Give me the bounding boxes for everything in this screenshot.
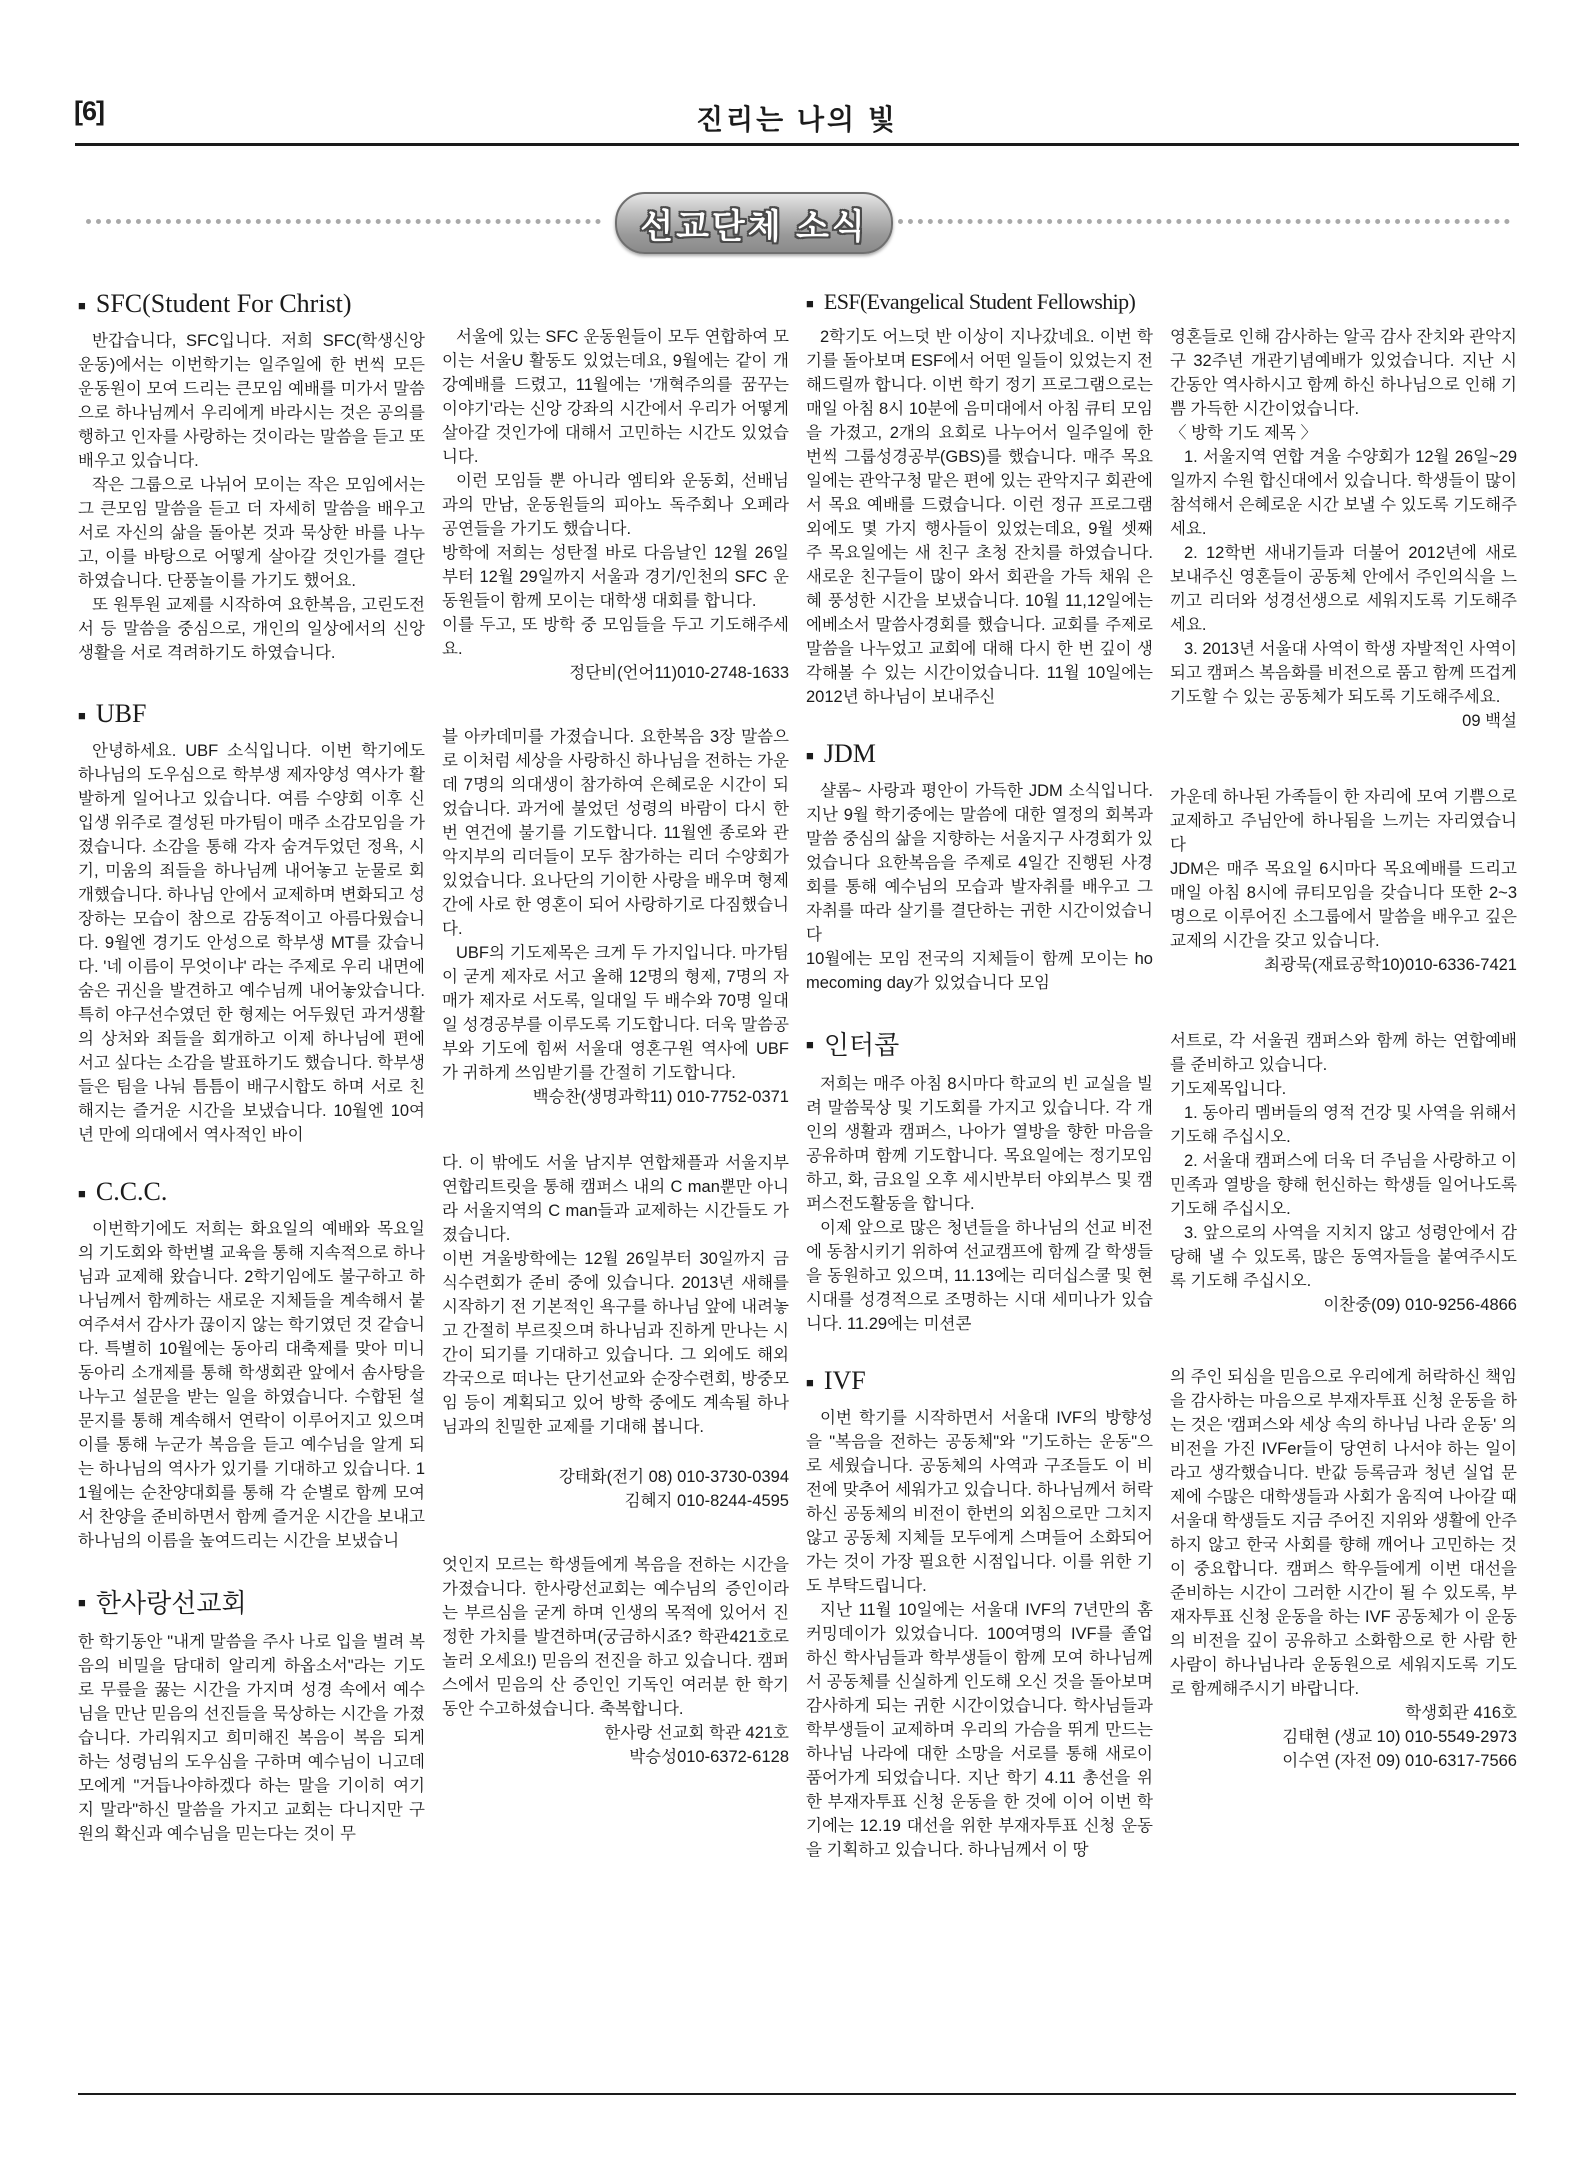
jdm-paragraph: 가운데 하나된 가족들이 한 자리에 모여 기쁨으로 교제하고 주님안에 하나됨… (1170, 785, 1517, 857)
article-title-ivf: ■ IVF (806, 1366, 1153, 1396)
square-bullet-icon: ■ (78, 709, 86, 722)
spacer (1170, 977, 1517, 1029)
header-rule (75, 143, 1519, 146)
ubf-paragraph: UBF의 기도제목은 크게 두 가지입니다. 마가팀이 굳게 제자로 서고 올해… (442, 941, 789, 1085)
jdm-paragraph: 10월에는 모임 전국의 지체들이 함께 모이는 homecoming day가… (806, 947, 1153, 995)
sfc-paragraph: 또 원투원 교제를 시작하여 요한복음, 고린도전서 등 말씀을 중심으로, 개… (78, 593, 425, 665)
article-title-text: ESF(Evangelical Student Fellowship) (824, 289, 1135, 315)
ccc-paragraph: 이번학기에도 저희는 화요일의 예배와 목요일의 기도회와 학번별 교육을 통해… (78, 1217, 425, 1553)
spacer (442, 685, 789, 725)
square-bullet-icon: ■ (78, 299, 86, 312)
ubf-paragraph: 블 아카데미를 가졌습니다. 요한복음 3장 말씀으로 이처럼 세상을 사랑하신… (442, 725, 789, 941)
esf-paragraph: 영혼들로 인해 감사하는 알곡 감사 잔치와 관악지구 32주년 개관기념예배가… (1170, 325, 1517, 421)
intercp-prayer-item: 1. 동아리 멤버들의 영적 건강 및 사역을 위해서 기도해 주십시오. (1170, 1101, 1517, 1149)
esf-prayer-heading: 〈 방학 기도 제목 〉 (1170, 421, 1517, 445)
column-3: ■ ESF(Evangelical Student Fellowship) 2학… (806, 287, 1153, 1862)
contact-line: 한사랑 선교회 학관 421호 (442, 1721, 789, 1745)
esf-prayer-item: 1. 서울지역 연합 겨울 수양회가 12월 26일~29일까지 수원 합신대에… (1170, 445, 1517, 541)
square-bullet-icon: ■ (78, 1187, 86, 1200)
signature-line: 09 백설 (1170, 709, 1517, 733)
intercp-prayer-intro: 기도제목입니다. (1170, 1077, 1517, 1101)
article-title-intercp: ■ 인터콥 (806, 1025, 1153, 1062)
masthead-title: 진리는 나의 빛 (0, 98, 1594, 138)
contact-line: 박승성010-6372-6128 (442, 1745, 789, 1769)
sfc-paragraph: 방학에 저희는 성탄절 바로 다음날인 12월 26일부터 12월 29일까지 … (442, 541, 789, 613)
footer-rule (78, 2093, 1516, 2095)
article-title-jdm: ■ JDM (806, 739, 1153, 769)
intercp-prayer-item: 2. 서울대 캠퍼스에 더욱 더 주님을 사랑하고 이 민족과 열방을 향해 헌… (1170, 1149, 1517, 1221)
ccc-paragraph: 이번 겨울방학에는 12월 26일부터 30일까지 금식수련회가 준비 중에 있… (442, 1247, 789, 1439)
esf-paragraph: 2학기도 어느덧 반 이상이 지나갔네요. 이번 학기를 돌아보며 ESF에서 … (806, 325, 1153, 709)
intercp-prayer-item: 3. 앞으로의 사역을 지치지 않고 성령안에서 감당해 낼 수 있도록, 많은… (1170, 1221, 1517, 1293)
contact-line: 강태화(전기 08) 010-3730-0394 (442, 1465, 789, 1489)
contact-line: 이수연 (자전 09) 010-6317-7566 (1170, 1749, 1517, 1773)
article-title-sfc: ■ SFC(Student For Christ) (78, 289, 425, 319)
ivf-paragraph: 이번 학기를 시작하면서 서울대 IVF의 방향성을 "복음을 전하는 공동체"… (806, 1406, 1153, 1598)
contact-line: 백승찬(생명과학11) 010-7752-0371 (442, 1085, 789, 1109)
square-bullet-icon: ■ (806, 749, 814, 762)
contact-line: 김태현 (생교 10) 010-5549-2973 (1170, 1725, 1517, 1749)
spacer (1170, 287, 1517, 325)
sfc-paragraph: 이를 두고, 또 방학 중 모임들을 두고 기도해주세요. (442, 613, 789, 661)
ubf-paragraph: 안녕하세요. UBF 소식입니다. 이번 학기에도 하나님의 도우심으로 학부생… (78, 739, 425, 1147)
square-bullet-icon: ■ (806, 297, 814, 310)
sfc-paragraph: 반갑습니다, SFC입니다. 저희 SFC(학생신앙운동)에서는 이번학기는 일… (78, 329, 425, 473)
newspaper-page: [6] 진리는 나의 빛 선교단체 소식 ■ SFC(Student For C… (0, 0, 1594, 2183)
article-title-text: UBF (96, 699, 147, 729)
article-title-ubf: ■ UBF (78, 699, 425, 729)
intercp-paragraph: 이제 앞으로 많은 청년들을 하나님의 선교 비전에 동참시키기 위하여 선교캠… (806, 1216, 1153, 1336)
hansarang-paragraph: 엇인지 모르는 학생들에게 복음을 전하는 시간을 가졌습니다. 한사랑선교회는… (442, 1553, 789, 1721)
section-banner-label: 선교단체 소식 (640, 199, 868, 248)
hansarang-paragraph: 한 학기동안 "내게 말씀을 주사 나로 입을 벌려 복음의 비밀을 담대히 알… (78, 1630, 425, 1846)
spacer (442, 1109, 789, 1151)
ivf-paragraph: 지난 11월 10일에는 서울대 IVF의 7년만의 홈커밍데이가 있었습니다.… (806, 1598, 1153, 1862)
spacer (442, 287, 789, 325)
article-title-text: C.C.C. (96, 1177, 168, 1207)
section-banner: 선교단체 소식 (615, 192, 893, 254)
esf-prayer-item: 3. 2013년 서울대 사역이 학생 자발적인 사역이 되고 캠퍼스 복음화를… (1170, 637, 1517, 709)
contact-line: 정단비(언어11)010-2748-1633 (442, 661, 789, 685)
article-title-text: JDM (824, 739, 876, 769)
jdm-paragraph: 샬롬~ 사랑과 평안이 가득한 JDM 소식입니다. 지난 9월 학기중에는 말… (806, 779, 1153, 947)
contact-line: 이찬중(09) 010-9256-4866 (1170, 1293, 1517, 1317)
square-bullet-icon: ■ (78, 1596, 86, 1609)
sfc-paragraph: 서울에 있는 SFC 운동원들이 모두 연합하여 모이는 서울U 활동도 있었는… (442, 325, 789, 469)
square-bullet-icon: ■ (806, 1038, 814, 1051)
jdm-paragraph: JDM은 매주 목요일 6시마다 목요예배를 드리고 매일 아침 8시에 큐티모… (1170, 857, 1517, 953)
esf-prayer-item: 2. 12학번 새내기들과 더불어 2012년에 새로 보내주신 영혼들이 공동… (1170, 541, 1517, 637)
contact-line: 김혜지 010-8244-4595 (442, 1489, 789, 1513)
article-title-text: IVF (824, 1366, 866, 1396)
article-columns: ■ SFC(Student For Christ) 반갑습니다, SFC입니다.… (78, 287, 1518, 1862)
article-title-ccc: ■ C.C.C. (78, 1177, 425, 1207)
article-title-hansarang: ■ 한사랑선교회 (78, 1583, 425, 1620)
contact-line: 최광묵(재료공학10)010-6336-7421 (1170, 953, 1517, 977)
article-title-esf: ■ ESF(Evangelical Student Fellowship) (806, 289, 1153, 315)
sfc-paragraph: 작은 그룹으로 나뉘어 모이는 작은 모임에서는 그 큰모임 말씀을 듣고 더 … (78, 473, 425, 593)
banner-dotted-line-left (86, 219, 601, 224)
intercp-paragraph: 저희는 매주 아침 8시마다 학교의 빈 교실을 빌려 말씀묵상 및 기도회를 … (806, 1072, 1153, 1216)
square-bullet-icon: ■ (806, 1376, 814, 1389)
intercp-paragraph: 서트로, 각 서울권 캠퍼스와 함께 하는 연합예배를 준비하고 있습니다. (1170, 1029, 1517, 1077)
ccc-paragraph: 다. 이 밖에도 서울 남지부 연합채플과 서울지부 연합리트릿을 통해 캠퍼스… (442, 1151, 789, 1247)
sfc-paragraph: 이런 모임들 뿐 아니라 엠티와 운동회, 선배님과의 만남, 운동원들의 피아… (442, 469, 789, 541)
spacer (1170, 733, 1517, 785)
column-2: 서울에 있는 SFC 운동원들이 모두 연합하여 모이는 서울U 활동도 있었는… (442, 287, 789, 1862)
banner-dotted-line-right (898, 219, 1510, 224)
column-4: 영혼들로 인해 감사하는 알곡 감사 잔치와 관악지구 32주년 개관기념예배가… (1170, 287, 1517, 1862)
ivf-paragraph: 의 주인 되심을 믿음으로 우리에게 허락하신 책임을 감사하는 마음으로 부재… (1170, 1365, 1517, 1701)
column-1: ■ SFC(Student For Christ) 반갑습니다, SFC입니다.… (78, 287, 425, 1862)
article-title-text: 인터콥 (824, 1025, 899, 1062)
spacer (1170, 1317, 1517, 1365)
article-title-text: SFC(Student For Christ) (96, 289, 352, 319)
article-title-text: 한사랑선교회 (96, 1583, 247, 1620)
contact-line: 학생회관 416호 (1170, 1701, 1517, 1725)
spacer (442, 1513, 789, 1553)
